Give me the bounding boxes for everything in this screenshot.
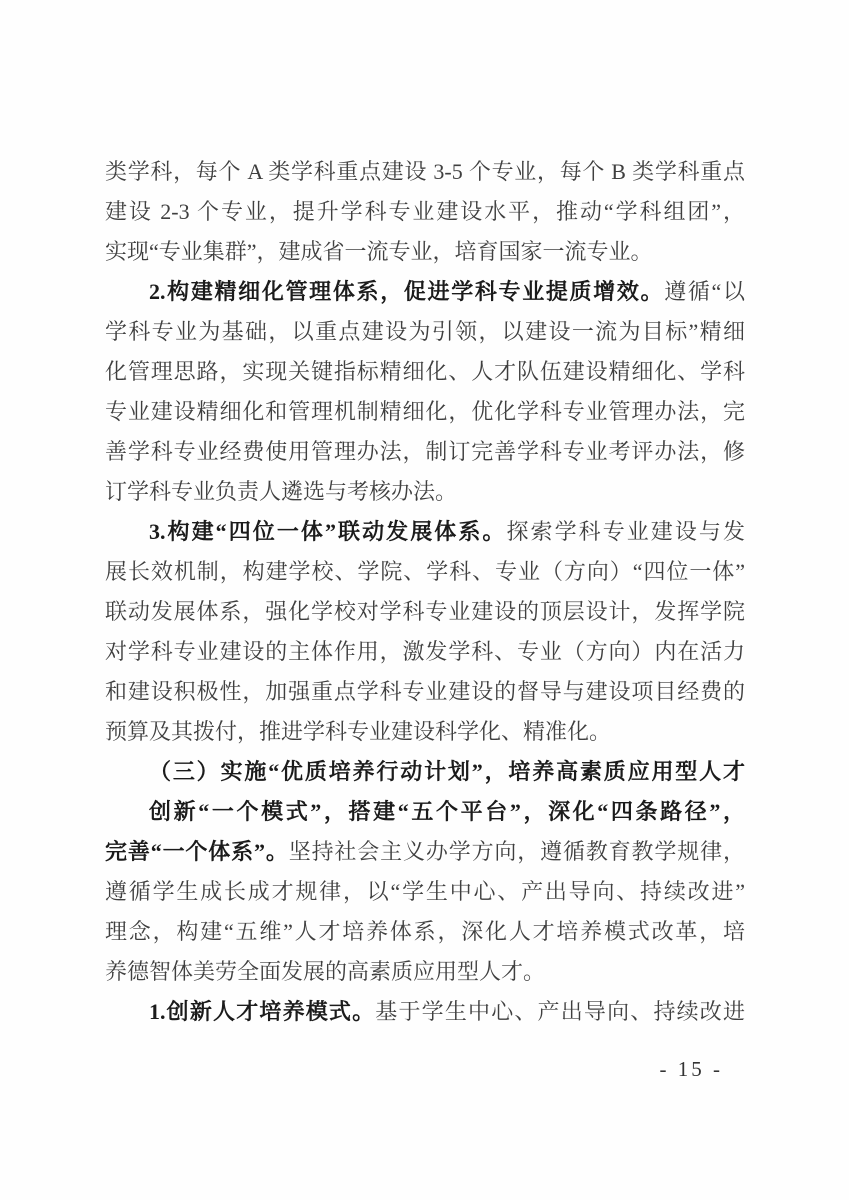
text-line: 化管理思路，实现关键指标精细化、人才队伍建设精细化、学科 xyxy=(105,352,745,392)
bold-text-segment: 3.构建“四位一体”联动发展体系。 xyxy=(149,519,506,544)
bold-text-segment: 完善“一个体系”。 xyxy=(105,839,289,864)
text-line: 3.构建“四位一体”联动发展体系。探索学科专业建设与发 xyxy=(105,512,745,552)
text-line: 对学科专业建设的主体作用，激发学科、专业（方向）内在活力 xyxy=(105,632,745,672)
text-line: 建设 2-3 个专业，提升学科专业建设水平，推动“学科组团”， xyxy=(105,192,745,232)
text-line: 养德智体美劳全面发展的高素质应用型人才。 xyxy=(105,952,745,992)
text-segment: 善学科专业经费使用管理办法，制订完善学科专业考评办法，修 xyxy=(105,439,745,464)
text-line: 完善“一个体系”。坚持社会主义办学方向，遵循教育教学规律， xyxy=(105,832,745,872)
text-segment: 遵循学生成长成才规律，以“学生中心、产出导向、持续改进” xyxy=(105,879,745,904)
document-body: 类学科，每个 A 类学科重点建设 3-5 个专业，每个 B 类学科重点建设 2-… xyxy=(105,152,745,1032)
text-line: 遵循学生成长成才规律，以“学生中心、产出导向、持续改进” xyxy=(105,872,745,912)
text-segment: 养德智体美劳全面发展的高素质应用型人才。 xyxy=(105,959,545,984)
text-segment: 化管理思路，实现关键指标精细化、人才队伍建设精细化、学科 xyxy=(105,359,745,384)
text-segment: 订学科专业负责人遴选与考核办法。 xyxy=(105,479,457,504)
text-line: 创新“一个模式”，搭建“五个平台”，深化“四条路径”， xyxy=(105,792,745,832)
bold-text-segment: 创新“一个模式”，搭建“五个平台”，深化“四条路径”， xyxy=(149,799,745,824)
page-number: - 15 - xyxy=(660,1054,724,1084)
text-line: 善学科专业经费使用管理办法，制订完善学科专业考评办法，修 xyxy=(105,432,745,472)
text-segment: 学科专业为基础，以重点建设为引领，以建设一流为目标”精细 xyxy=(105,319,745,344)
text-segment: 联动发展体系，强化学校对学科专业建设的顶层设计，发挥学院 xyxy=(105,599,745,624)
text-line: 1.创新人才培养模式。基于学生中心、产出导向、持续改进 xyxy=(105,992,745,1032)
text-segment: 展长效机制，构建学校、学院、学科、专业（方向）“四位一体” xyxy=(105,559,745,584)
text-line: 理念，构建“五维”人才培养体系，深化人才培养模式改革，培 xyxy=(105,912,745,952)
text-segment: 实现“专业集群”，建成省一流专业，培育国家一流专业。 xyxy=(105,239,653,264)
text-line: 展长效机制，构建学校、学院、学科、专业（方向）“四位一体” xyxy=(105,552,745,592)
text-segment: 对学科专业建设的主体作用，激发学科、专业（方向）内在活力 xyxy=(105,639,745,664)
text-segment: 理念，构建“五维”人才培养体系，深化人才培养模式改革，培 xyxy=(105,919,745,944)
document-page: 类学科，每个 A 类学科重点建设 3-5 个专业，每个 B 类学科重点建设 2-… xyxy=(0,0,849,1200)
text-segment: 探索学科专业建设与发 xyxy=(506,519,745,544)
text-line: 专业建设精细化和管理机制精细化，优化学科专业管理办法，完 xyxy=(105,392,745,432)
text-segment: 基于学生中心、产出导向、持续改进 xyxy=(375,999,745,1024)
bold-text-segment: 1.创新人才培养模式。 xyxy=(149,999,375,1024)
text-line: 实现“专业集群”，建成省一流专业，培育国家一流专业。 xyxy=(105,232,745,272)
text-line: 订学科专业负责人遴选与考核办法。 xyxy=(105,472,745,512)
text-segment: 专业建设精细化和管理机制精细化，优化学科专业管理办法，完 xyxy=(105,399,745,424)
text-segment: 类学科，每个 A 类学科重点建设 3-5 个专业，每个 B 类学科重点 xyxy=(105,159,745,184)
text-line: 类学科，每个 A 类学科重点建设 3-5 个专业，每个 B 类学科重点 xyxy=(105,152,745,192)
text-line: 联动发展体系，强化学校对学科专业建设的顶层设计，发挥学院 xyxy=(105,592,745,632)
text-line: （三）实施“优质培养行动计划”，培养高素质应用型人才 xyxy=(105,752,745,792)
bold-text-segment: 2.构建精细化管理体系，促进学科专业提质增效。 xyxy=(149,279,664,304)
text-segment: 建设 2-3 个专业，提升学科专业建设水平，推动“学科组团”， xyxy=(105,199,745,224)
text-segment: 和建设积极性，加强重点学科专业建设的督导与建设项目经费的 xyxy=(105,679,745,704)
bold-text-segment: （三）实施“优质培养行动计划”，培养高素质应用型人才 xyxy=(149,759,745,784)
text-segment: 预算及其拨付，推进学科专业建设科学化、精准化。 xyxy=(105,719,611,744)
text-line: 预算及其拨付，推进学科专业建设科学化、精准化。 xyxy=(105,712,745,752)
text-segment: 坚持社会主义办学方向，遵循教育教学规律， xyxy=(289,839,745,864)
text-segment: 遵循“以 xyxy=(664,279,745,304)
text-line: 学科专业为基础，以重点建设为引领，以建设一流为目标”精细 xyxy=(105,312,745,352)
text-line: 和建设积极性，加强重点学科专业建设的督导与建设项目经费的 xyxy=(105,672,745,712)
text-line: 2.构建精细化管理体系，促进学科专业提质增效。遵循“以 xyxy=(105,272,745,312)
